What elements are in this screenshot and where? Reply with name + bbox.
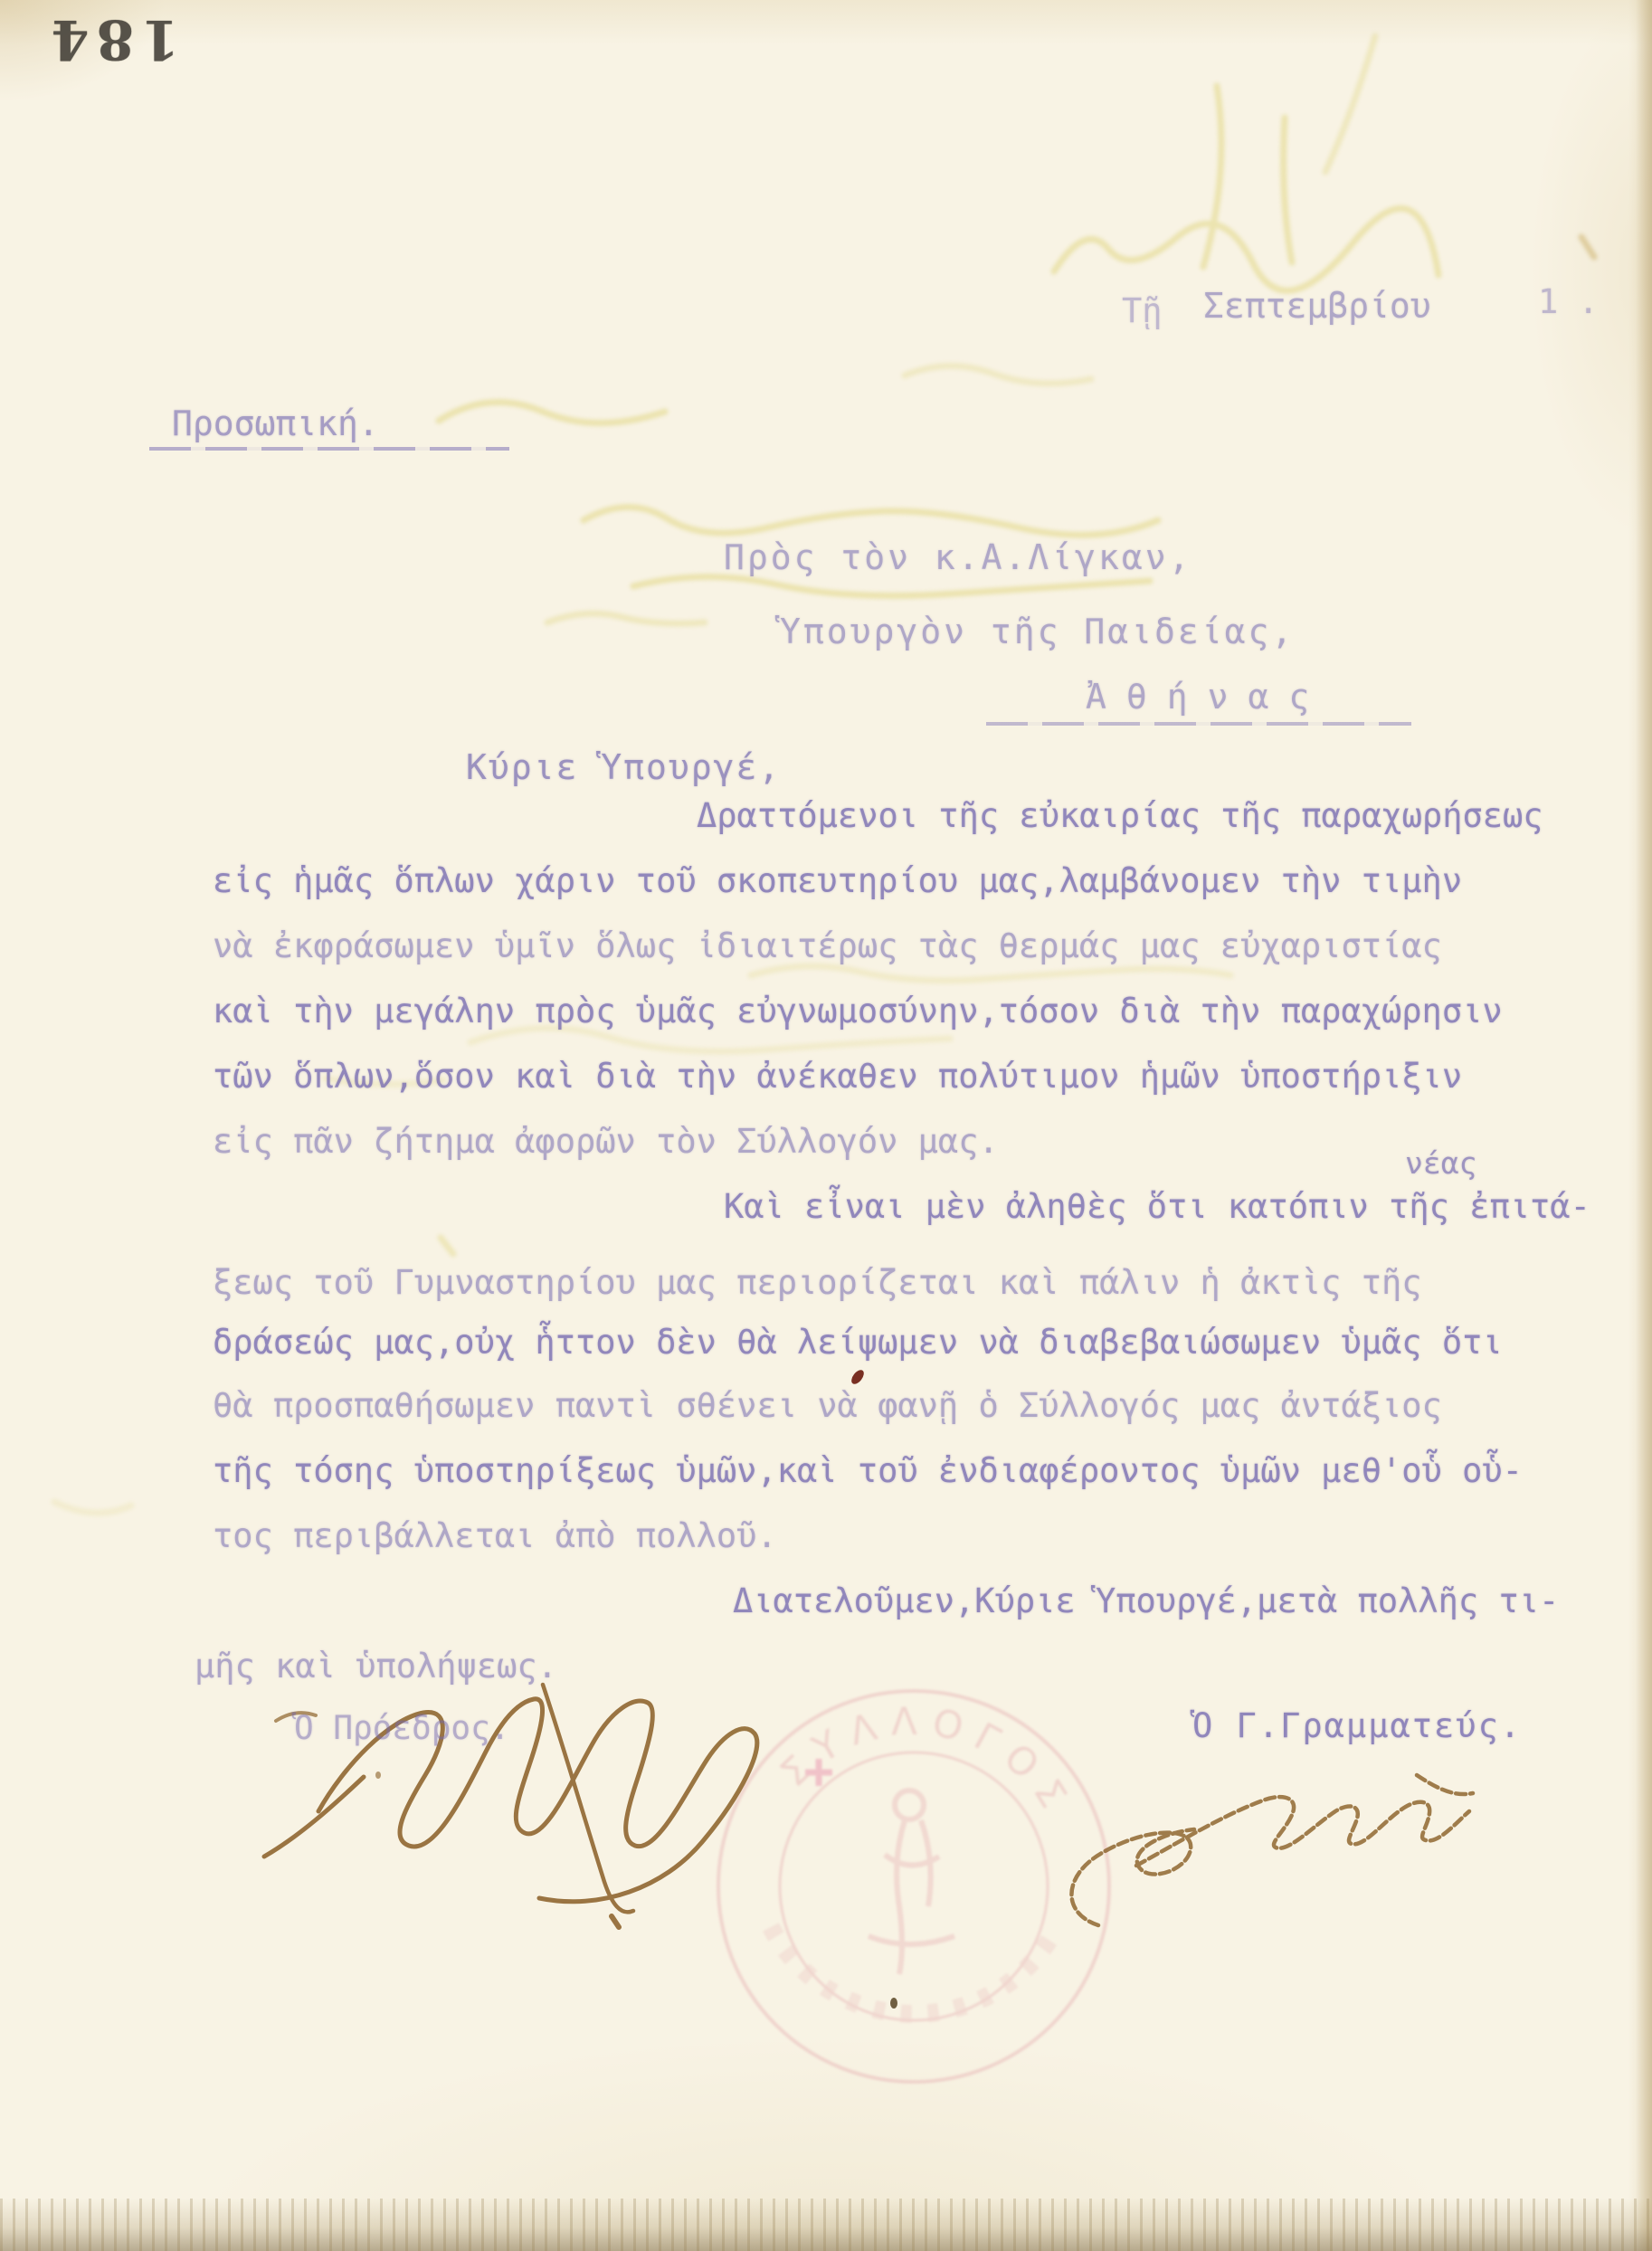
- seal-inner-ring: [780, 1752, 1048, 2020]
- paper-right-edge: [1636, 0, 1652, 2251]
- body-line-10: θὰ προσπαθήσωμεν παντὶ σθένει νὰ φανῇ ὁ …: [213, 1386, 1442, 1425]
- body-line-6: εἰς πᾶν ζήτημα ἀφορῶν τὸν Σύλλογόν μας.: [213, 1122, 999, 1161]
- body-line-4: καὶ τὴν μεγάλην πρὸς ὑμᾶς εὐγνωμοσύνην,τ…: [213, 992, 1503, 1031]
- body-line-11: τῆς τόσης ὑποστηρίξεως ὑμῶν,καὶ τοῦ ἐνδι…: [213, 1451, 1523, 1490]
- date-month: Σεπτεμβρίου: [1203, 286, 1431, 326]
- secretary-signature: [1071, 1775, 1473, 1925]
- society-seal: ΣΥΛΛΟΓΟΣ: [718, 1691, 1109, 2082]
- recipient-line-1: Πρὸς τὸν κ.Α.Λίγκαν,: [724, 537, 1192, 577]
- classification-underline: [149, 447, 509, 451]
- body-line-5: τῶν ὅπλων,ὅσον καὶ διὰ τὴν ἀνέκαθεν πολύ…: [213, 1057, 1462, 1096]
- recipient-city: Ἀθήνας: [1086, 677, 1329, 717]
- page-number-stamp: 184: [25, 4, 179, 71]
- seal-emblem-figure: [869, 1790, 954, 1974]
- seal-arc-text: ΣΥΛΛΟΓΟΣ: [772, 1699, 1082, 1827]
- salutation: Κύριε Ὑπουργέ,: [466, 747, 781, 787]
- secretary-title: Ὁ Γ.Γραμματεύς.: [1192, 1706, 1522, 1745]
- seal-bottom-arc-lettering: [771, 1927, 1057, 2014]
- body-line-7: Καὶ εἶναι μὲν ἀληθὲς ὅτι κατόπιν τῆς ἐπι…: [724, 1187, 1590, 1226]
- date-prefix: Τῇ: [1122, 291, 1163, 330]
- body-line-8: ξεως τοῦ Γυμναστηρίου μας περιορίζεται κ…: [213, 1263, 1422, 1302]
- recipient-line-2: Ὑπουργὸν τῆς Παιδείας,: [780, 612, 1295, 651]
- interlinear-insertion: νέας: [1405, 1145, 1476, 1181]
- closing-line-2: μῆς καὶ ὑπολήψεως.: [195, 1647, 557, 1686]
- classification-label: Προσωπική.: [172, 404, 379, 443]
- president-title: Ὁ Πρόεδρος.: [294, 1710, 509, 1747]
- date-year-fragment: 1 .: [1538, 282, 1599, 321]
- city-underline: [986, 722, 1411, 726]
- scanned-letter-page: 184: [0, 0, 1652, 2251]
- body-line-2: εἰς ἡμᾶς ὅπλων χάριν τοῦ σκοπευτηρίου μα…: [213, 861, 1462, 900]
- seal-cross-mark: [805, 1759, 832, 1786]
- body-line-12: τος περιβάλλεται ἀπὸ πολλοῦ.: [213, 1516, 777, 1555]
- seal-outer-ring: [718, 1691, 1109, 2082]
- body-line-9: δράσεώς μας,οὐχ ἧττον δὲν θὰ λείψωμεν νὰ…: [213, 1323, 1503, 1362]
- closing-line-1: Διατελοῦμεν,Κύριε Ὑπουργέ,μετὰ πολλῆς τι…: [733, 1581, 1559, 1620]
- body-line-1: Δραττόμενοι τῆς εὐκαιρίας τῆς παραχωρήσε…: [697, 796, 1543, 835]
- body-line-3: νὰ ἐκφράσωμεν ὑμῖν ὅλως ἰδιαιτέρως τὰς θ…: [213, 926, 1442, 965]
- paper-bottom-edge: [0, 2199, 1652, 2251]
